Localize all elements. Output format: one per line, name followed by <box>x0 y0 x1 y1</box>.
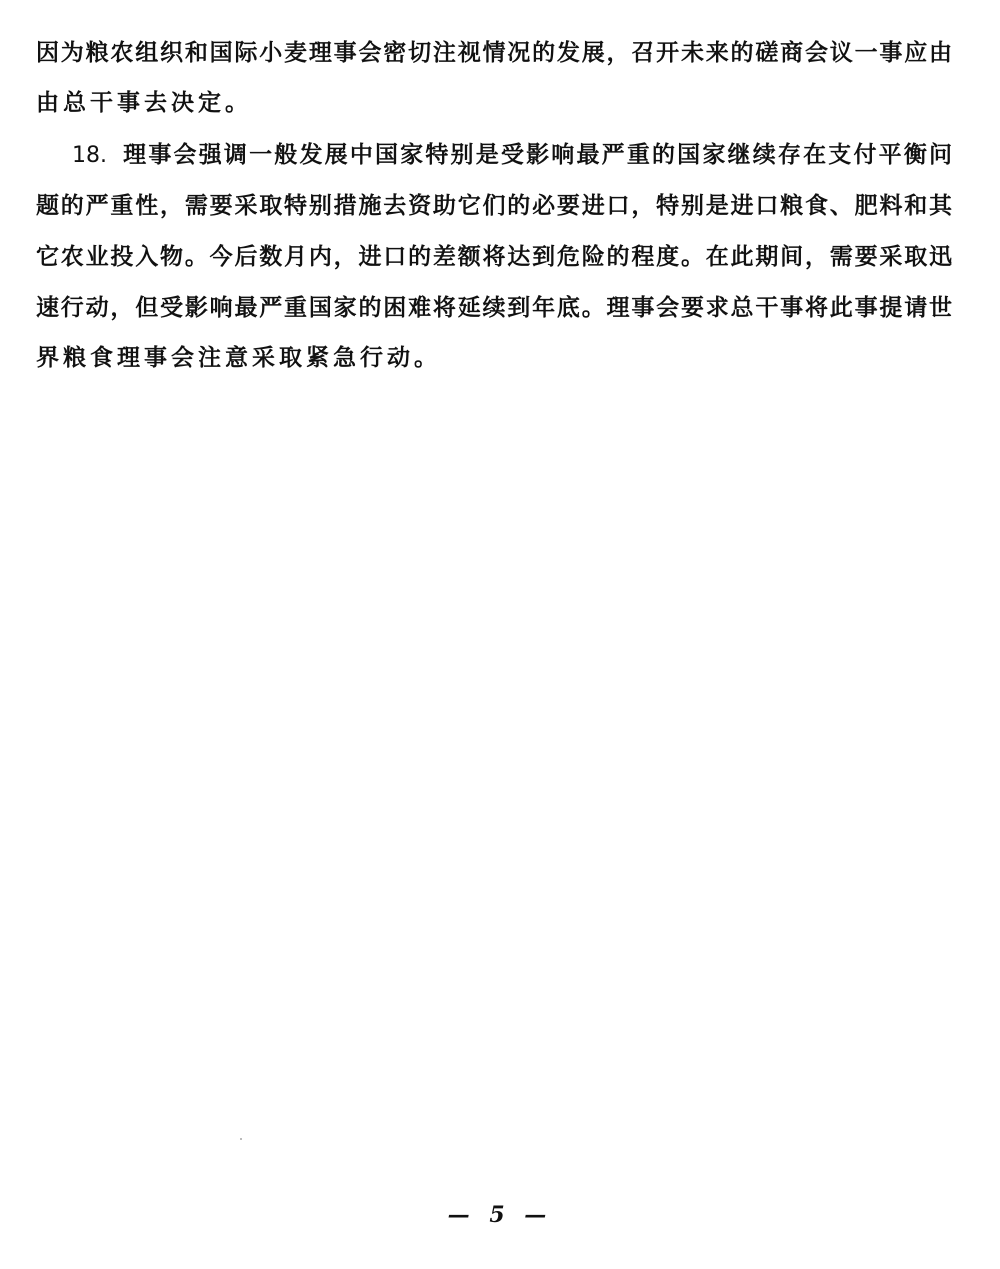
text-line: 由总干事去决定。 <box>36 83 952 123</box>
document-page: 因为粮农组织和国际小麦理事会密切注视情况的发展，召开未来的磋商会议一事应由 由总… <box>0 0 1000 1269</box>
text-line: 它农业投入物。今后数月内，进口的差额将达到危险的程度。在此期间，需要采取迅 <box>36 237 952 277</box>
text-line: 界粮食理事会注意采取紧急行动。 <box>36 338 952 378</box>
text-line: 速行动，但受影响最严重国家的困难将延续到年底。理事会要求总干事将此事提请世 <box>36 288 952 328</box>
page-number: — 5 — <box>0 1202 1000 1228</box>
paragraph-number: 18. <box>72 143 107 168</box>
text-line: 因为粮农组织和国际小麦理事会密切注视情况的发展，召开未来的磋商会议一事应由 <box>36 33 952 73</box>
scan-speck <box>240 1138 242 1140</box>
text-line: 理事会强调一般发展中国家特别是受影响最严重的国家继续存在支付平衡问 <box>121 141 952 168</box>
paragraph-18-first-line: 18.理事会强调一般发展中国家特别是受影响最严重的国家继续存在支付平衡问 <box>36 135 952 175</box>
text-line: 题的严重性，需要采取特别措施去资助它们的必要进口，特别是进口粮食、肥料和其 <box>36 186 952 226</box>
